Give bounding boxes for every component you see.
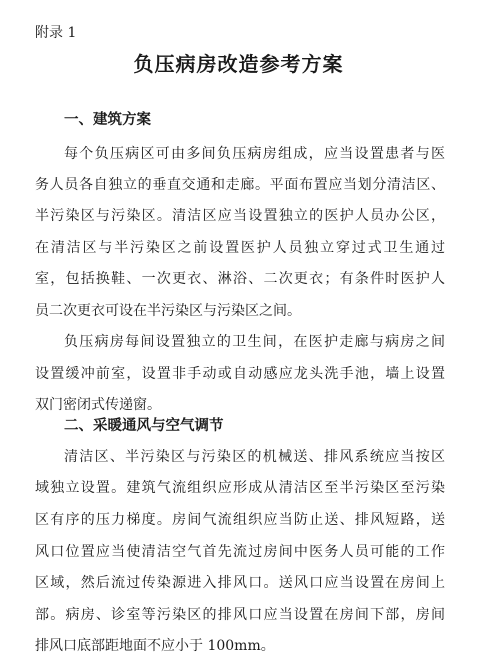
paragraph-line: 设置缓冲前室，设置非手动或自动感应龙头洗手池，墙上设置 [35, 363, 445, 383]
paragraph-line: 半污染区与污染区。清洁区应当设置独立的医护人员办公区， [35, 205, 445, 225]
paragraph-line: 域独立设置。建筑气流组织应形成从清洁区至半污染区至污染 [35, 477, 445, 497]
paragraph-line: 在清洁区与半污染区之前设置医护人员独立穿过式卫生通过 [35, 237, 445, 257]
paragraph-line: 清洁区、半污染区与污染区的机械送、排风系统应当按区 [64, 446, 445, 466]
paragraph-line: 区域，然后流过传染源进入排风口。送风口应当设置在房间上 [35, 572, 445, 592]
paragraph-line: 双门密闭式传递窗。 [35, 394, 445, 414]
paragraph-line: 负压病房每间设置独立的卫生间，在医护走廊与病房之间 [64, 331, 445, 351]
page-title: 负压病房改造参考方案 [0, 48, 477, 77]
paragraph-line: 部。病房、诊室等污染区的排风口应当设置在房间下部，房间 [35, 604, 445, 624]
appendix-label: 附录 1 [35, 22, 76, 42]
section-heading-architecture: 一、建筑方案 [64, 108, 151, 129]
paragraph-line: 风口位置应当使清洁空气首先流过房间中医务人员可能的工作 [35, 541, 445, 561]
paragraph-line: 每个负压病区可由多间负压病房组成，应当设置患者与医 [64, 143, 445, 163]
paragraph-line: 排风口底部距地面不应小于 100mm。 [35, 635, 445, 655]
paragraph-line: 务人员各自独立的垂直交通和走廊。平面布置应当划分清洁区、 [35, 174, 445, 194]
section-heading-hvac: 二、采暖通风与空气调节 [64, 414, 224, 435]
paragraph-line: 区有序的压力梯度。房间气流组织应当防止送、排风短路，送 [35, 509, 445, 529]
paragraph-line: 员二次更衣可设在半污染区与污染区之间。 [35, 300, 445, 320]
paragraph-line: 室，包括换鞋、一次更衣、淋浴、二次更衣；有条件时医护人 [35, 268, 445, 288]
